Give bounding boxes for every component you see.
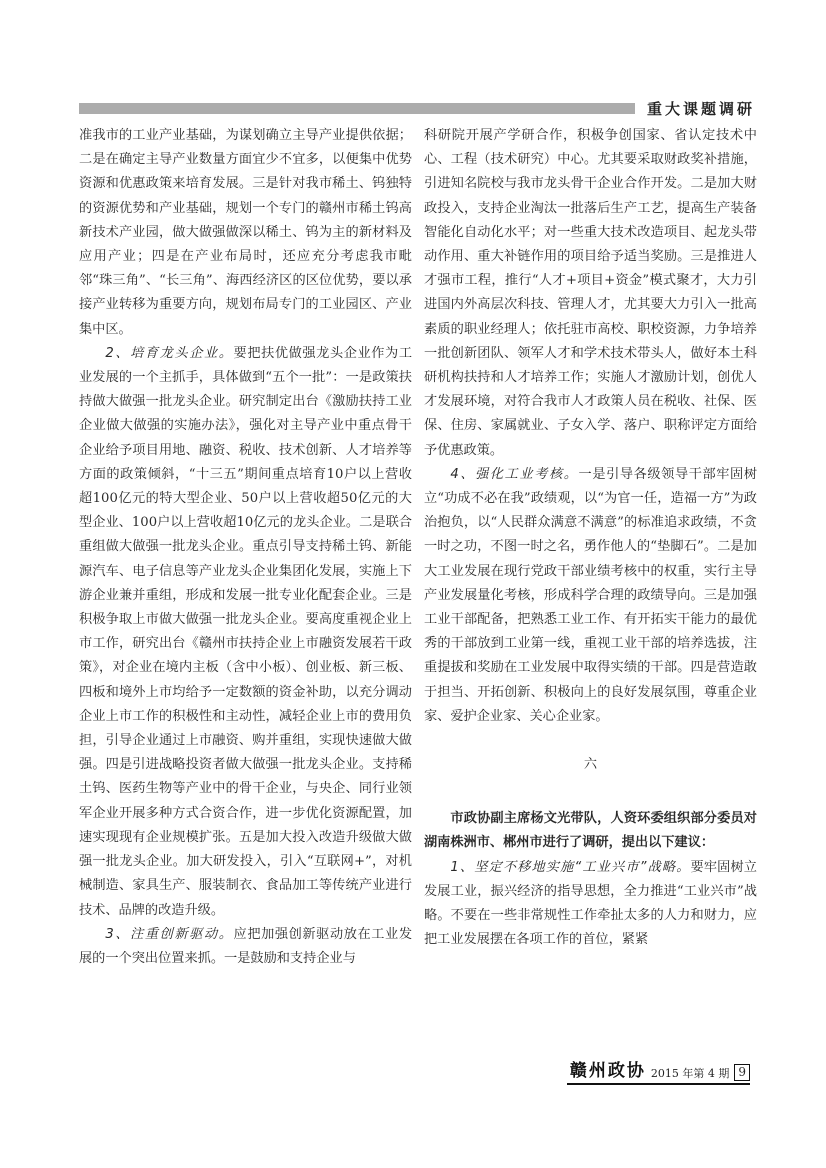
paragraph: 1、坚定不移地实施“工业兴市”战略。要牢固树立发展工业，振兴经济的指导思想，全力… xyxy=(424,856,757,953)
magazine-name: 赣州政协 xyxy=(570,1056,646,1081)
paragraph-body: 要把扶优做强龙头企业作为工业发展的一个主抓手，具体做到“五个一批”：一是政策扶持… xyxy=(79,346,412,918)
section-number: 六 xyxy=(424,753,757,777)
subheading: 1、坚定不移地实施“工业兴市”战略。 xyxy=(450,860,690,875)
paragraph: 科研院开展产学研合作，积极争创国家、省认定技术中心、工程（技术研究）中心。尤其要… xyxy=(424,124,757,463)
paragraph: 准我市的工业产业基础，为谋划确立主导产业提供依据；二是在确定主导产业数量方面宜少… xyxy=(79,124,412,342)
right-column: 科研院开展产学研合作，积极争创国家、省认定技术中心、工程（技术研究）中心。尤其要… xyxy=(424,124,757,953)
page-number: 9 xyxy=(734,1064,750,1081)
paragraph: 2、培育龙头企业。要把扶优做强龙头企业作为工业发展的一个主抓手，具体做到“五个一… xyxy=(79,342,412,923)
subheading: 4、强化工业考核。 xyxy=(450,467,578,482)
paragraph: 3、注重创新驱动。应把加强创新驱动放在工业发展的一个突出位置来抓。一是鼓励和支持… xyxy=(79,923,412,971)
intro-paragraph: 市政协副主席杨文光带队，人资环委组织部分委员对湖南株洲市、郴州市进行了调研，提出… xyxy=(424,807,757,855)
paragraph: 4、强化工业考核。一是引导各级领导干部牢固树立“功成不必在我”政绩观，以“为官一… xyxy=(424,463,757,729)
subheading: 3、注重创新驱动。 xyxy=(105,927,233,942)
page-footer: 赣州政协 2015 年第 4 期 9 xyxy=(567,1056,750,1085)
paragraph-body: 一是引导各级领导干部牢固树立“功成不必在我”政绩观，以“为官一任，造福一方”为政… xyxy=(424,467,757,724)
issue-label: 2015 年第 4 期 xyxy=(651,1065,729,1081)
left-column: 准我市的工业产业基础，为谋划确立主导产业提供依据；二是在确定主导产业数量方面宜少… xyxy=(79,124,412,971)
subheading: 2、培育龙头企业。 xyxy=(105,346,233,361)
header-rule-bar xyxy=(79,103,635,114)
section-title: 重大课题调研 xyxy=(647,98,755,119)
